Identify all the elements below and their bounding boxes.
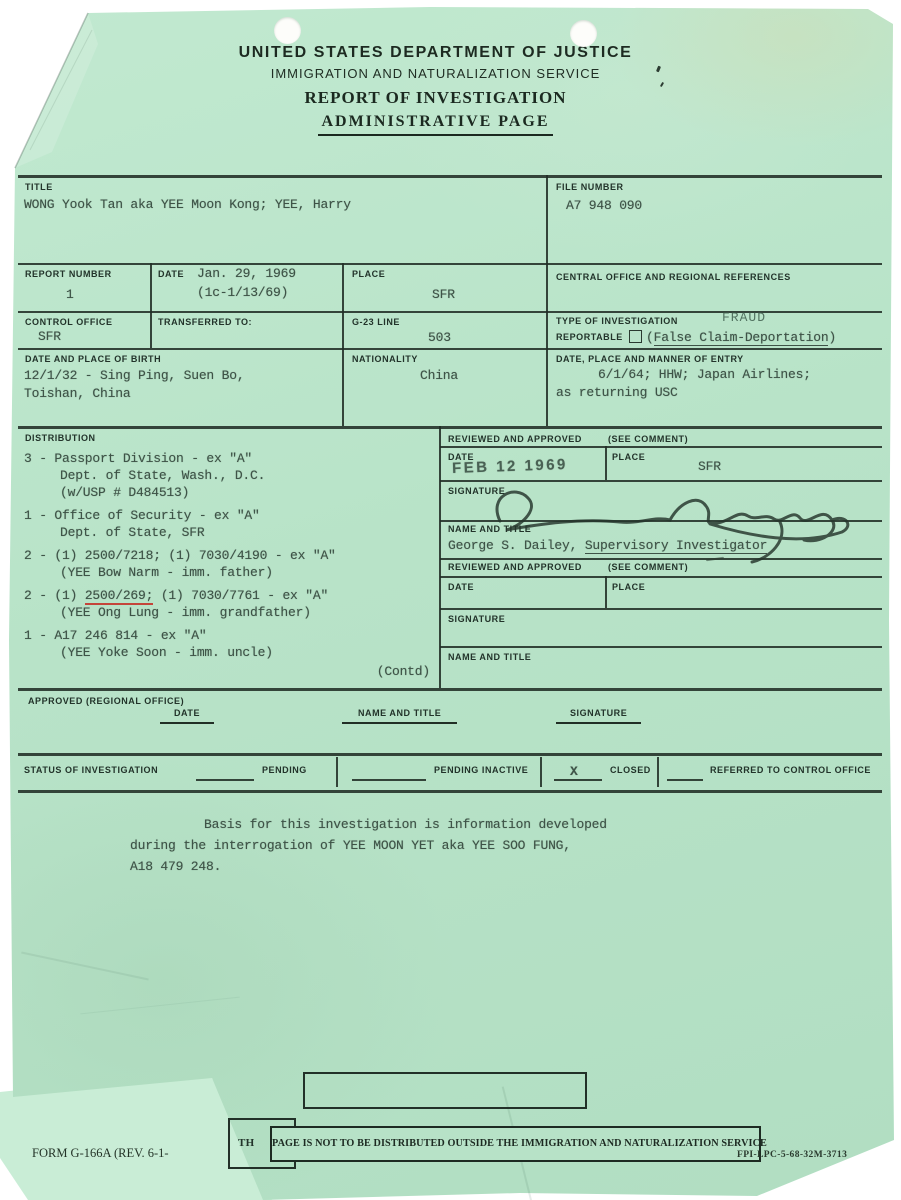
type-of-investigation-value: (False Claim-Deportation) <box>646 329 836 346</box>
rule <box>546 175 548 263</box>
review1-place-label: PLACE <box>612 452 645 463</box>
distribution-line: 3 - Passport Division - ex "A" <box>24 450 436 467</box>
rule <box>18 348 882 350</box>
offset-print-fragment: TH <box>238 1138 255 1149</box>
status-closed-blank <box>554 779 602 781</box>
status-blank <box>196 779 254 781</box>
rule <box>150 263 152 348</box>
rule <box>540 757 542 787</box>
approved-signature-label: SIGNATURE <box>556 708 641 724</box>
review2-signature-label: SIGNATURE <box>448 614 505 625</box>
review1-header: REVIEWED AND APPROVED <box>448 434 582 445</box>
approved-regional-label: APPROVED (REGIONAL OFFICE) <box>28 696 184 707</box>
transferred-to-label: TRANSFERRED TO: <box>158 317 252 328</box>
distribution-line: (w/USP # D484513) <box>24 484 436 501</box>
punch-hole <box>274 17 301 44</box>
rule <box>657 757 659 787</box>
tyi-underlined-text: False Claim-Deportation <box>654 330 829 346</box>
distribution-line: 2 - (1) 2500/7218; (1) 7030/4190 - ex "A… <box>24 547 436 564</box>
control-office-label: CONTROL OFFICE <box>25 317 113 328</box>
tyi-close-paren: ) <box>828 330 836 345</box>
doc-service-title: IMMIGRATION AND NATURALIZATION SERVICE <box>0 66 871 81</box>
review2-date-label: DATE <box>448 582 474 593</box>
birth-line2: Toishan, China <box>24 385 130 402</box>
distribution-contd: (Contd) <box>24 663 436 680</box>
title-label: TITLE <box>25 182 53 193</box>
file-number-value: A7 948 090 <box>566 197 642 214</box>
rule <box>18 688 882 691</box>
scanned-document: FORM G-166A (REV. 6-1- UNITED STATES DEP… <box>0 0 901 1200</box>
type-of-investigation-label: TYPE OF INVESTIGATION <box>556 316 678 327</box>
distribution-line: 2 - (1) 2500/269; (1) 7030/7761 - ex "A" <box>24 587 436 604</box>
reportable-label: REPORTABLE <box>556 332 623 343</box>
distribution-line-part: (1) 7030/7761 - ex "A" <box>153 588 328 603</box>
approved-date-label: DATE <box>160 708 214 724</box>
entry-label: DATE, PLACE AND MANNER OF ENTRY <box>556 354 744 365</box>
title-value: WONG Yook Tan aka YEE Moon Kong; YEE, Ha… <box>24 196 351 213</box>
review2-place-label: PLACE <box>612 582 645 593</box>
punch-hole <box>570 20 597 47</box>
approved-name-label: NAME AND TITLE <box>342 708 457 724</box>
body-line: Basis for this investigation is informat… <box>130 814 790 835</box>
distribution-label: DISTRIBUTION <box>25 433 96 444</box>
distribution-line: (YEE Yoke Soon - imm. uncle) <box>24 644 436 661</box>
entry-line2: as returning USC <box>556 384 678 401</box>
body-paragraph: Basis for this investigation is informat… <box>130 814 790 877</box>
rule <box>440 646 882 648</box>
distribution-line: 1 - A17 246 814 - ex "A" <box>24 627 436 644</box>
birth-label: DATE AND PLACE OF BIRTH <box>25 354 161 365</box>
distribution-line-part: 2 - (1) <box>24 588 85 603</box>
rule <box>546 263 548 348</box>
signature-scrawl <box>470 466 870 566</box>
status-pending-label: PENDING <box>262 765 307 776</box>
rule <box>18 175 882 178</box>
distribution-line: (YEE Bow Narm - imm. father) <box>24 564 436 581</box>
entry-line1: 6/1/64; HHW; Japan Airlines; <box>598 366 811 383</box>
rule <box>342 263 344 348</box>
g23-line-value: 503 <box>428 329 451 346</box>
fraud-stamp: FRAUD <box>722 310 766 325</box>
review1-see-comment: (SEE COMMENT) <box>608 434 688 445</box>
status-pending-inactive-label: PENDING INACTIVE <box>434 765 528 776</box>
rule <box>336 757 338 787</box>
distribution-line: Dept. of State, SFR <box>24 524 436 541</box>
rule <box>18 753 882 756</box>
distribution-line: (YEE Ong Lung - imm. grandfather) <box>24 604 436 621</box>
distribution-list: 3 - Passport Division - ex "A" Dept. of … <box>24 450 436 680</box>
rule <box>18 790 882 793</box>
distribution-line: 1 - Office of Security - ex "A" <box>24 507 436 524</box>
report-number-value: 1 <box>66 286 74 303</box>
rule <box>440 608 882 610</box>
status-closed-label: CLOSED <box>610 765 651 776</box>
distribution-restriction-box: PAGE IS NOT TO BE DISTRIBUTED OUTSIDE TH… <box>270 1126 761 1162</box>
status-closed-mark: X <box>570 763 578 780</box>
doc-report-title: REPORT OF INVESTIGATION <box>0 88 871 108</box>
status-blank <box>352 779 426 781</box>
rule <box>439 426 441 688</box>
place-label: PLACE <box>352 269 385 280</box>
reportable-checkbox <box>629 330 642 343</box>
nationality-label: NATIONALITY <box>352 354 418 365</box>
file-number-label: FILE NUMBER <box>556 182 624 193</box>
control-office-value: SFR <box>38 328 61 345</box>
doc-agency-title: UNITED STATES DEPARTMENT OF JUSTICE <box>0 44 871 62</box>
date-label: DATE <box>158 269 184 280</box>
date-value: Jan. 29, 1969 <box>197 265 296 282</box>
report-number-label: REPORT NUMBER <box>25 269 112 280</box>
doc-page-title: ADMINISTRATIVE PAGE <box>318 113 552 136</box>
rule <box>605 576 607 608</box>
place-value: SFR <box>432 286 455 303</box>
empty-footer-box <box>303 1072 587 1109</box>
rule <box>18 263 882 265</box>
rule <box>440 576 882 578</box>
distribution-line: Dept. of State, Wash., D.C. <box>24 467 436 484</box>
tyi-open-paren: ( <box>646 330 654 345</box>
central-office-label: CENTRAL OFFICE AND REGIONAL REFERENCES <box>556 272 791 283</box>
status-label: STATUS OF INVESTIGATION <box>24 765 158 776</box>
g23-line-label: G-23 LINE <box>352 317 400 328</box>
status-blank <box>667 779 703 781</box>
print-code: FPI-LPC-5-68-32M-3713 <box>737 1150 847 1160</box>
rule <box>342 348 344 426</box>
rule <box>18 426 882 429</box>
rule <box>440 446 882 448</box>
date-value-note: (1c-1/13/69) <box>197 284 288 301</box>
status-referred-label: REFERRED TO CONTROL OFFICE <box>710 765 871 776</box>
body-line: during the interrogation of YEE MOON YET… <box>130 835 790 856</box>
rule <box>546 348 548 426</box>
nationality-value: China <box>420 367 458 384</box>
body-line: A18 479 248. <box>130 856 790 877</box>
birth-line1: 12/1/32 - Sing Ping, Suen Bo, <box>24 367 244 384</box>
review2-name-label: NAME AND TITLE <box>448 652 531 663</box>
distribution-line-red-underlined: 2500/269; <box>85 588 153 605</box>
doc-page-title-wrap: ADMINISTRATIVE PAGE <box>0 113 871 136</box>
